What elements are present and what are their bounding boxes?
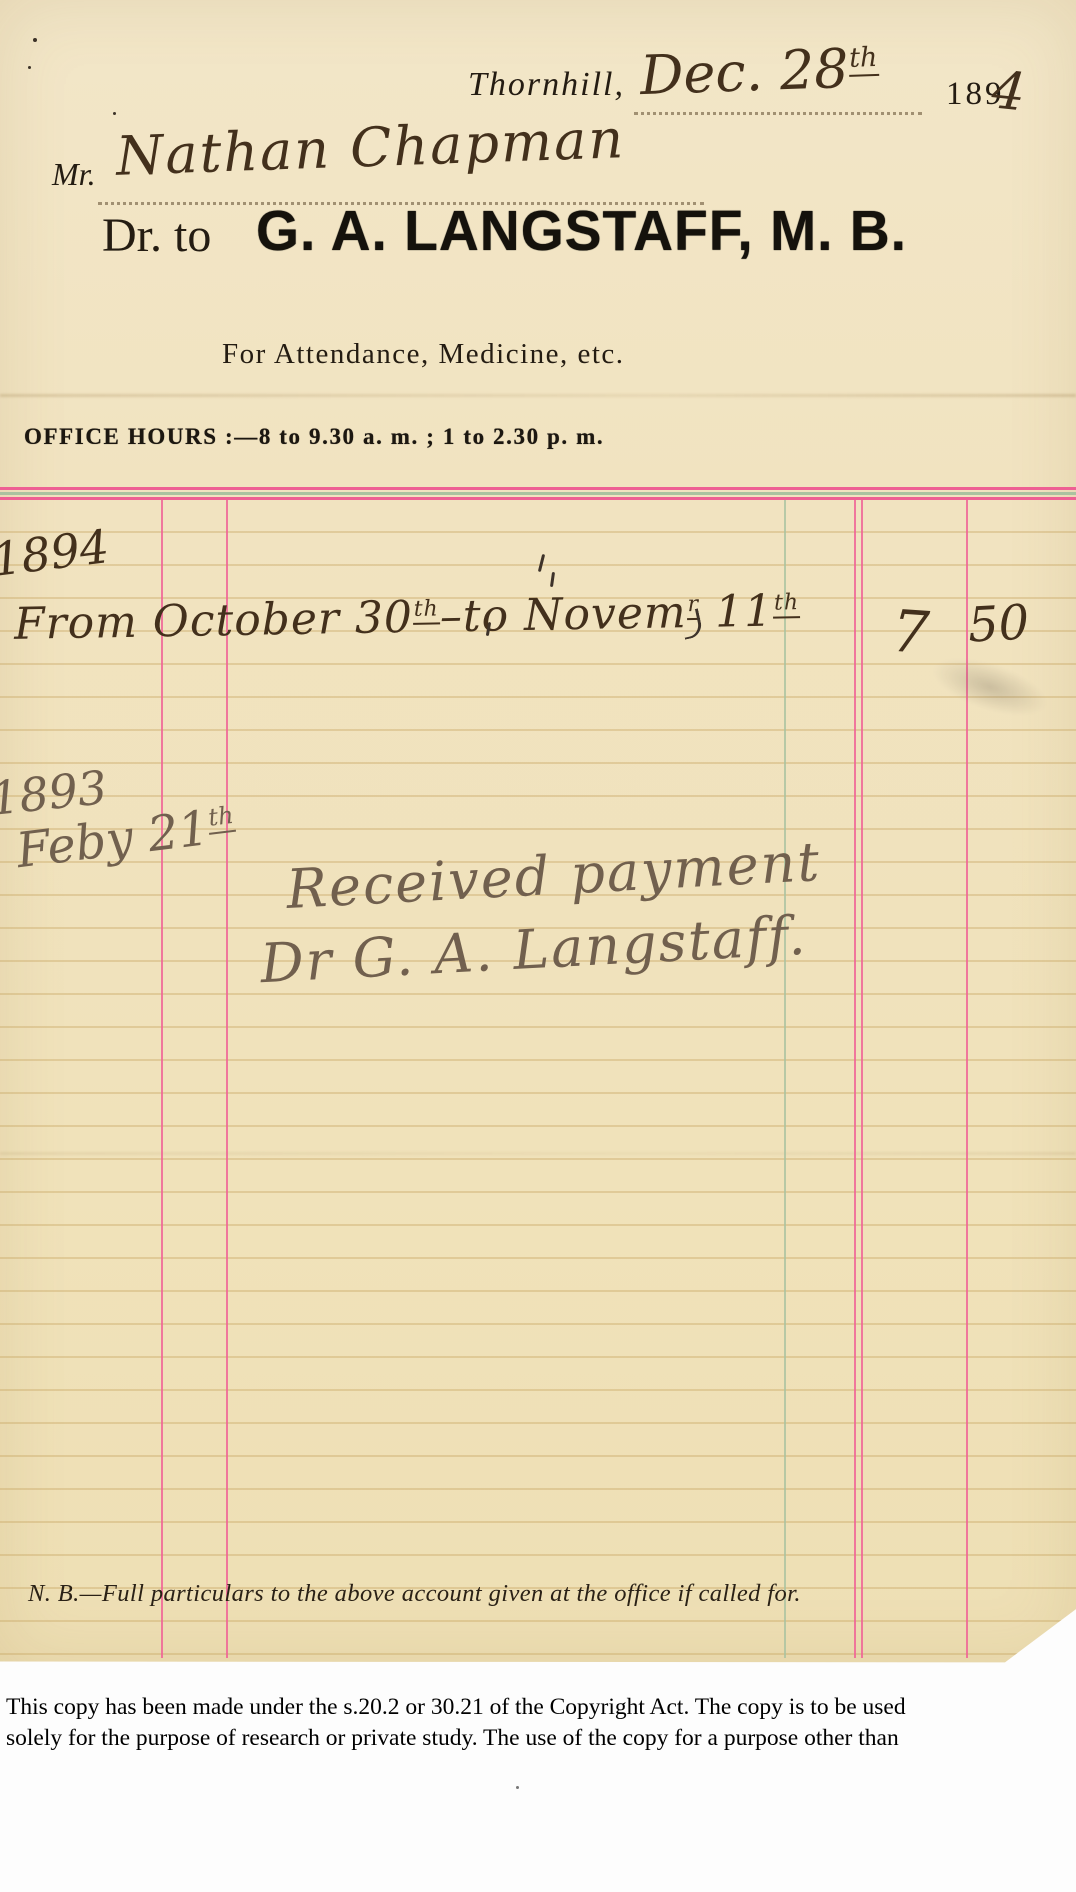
copyright-text-line2: solely for the purpose of research or pr… — [6, 1723, 899, 1754]
physician-name: G. A. LANGSTAFF, M. B. — [256, 198, 907, 264]
handwritten-date: Dec. 28th — [639, 36, 880, 107]
addressee-prefix: Mr. — [52, 156, 96, 193]
handwritten-year-digit: 4 — [989, 60, 1028, 123]
fold-crease — [0, 394, 1076, 397]
amount-cents: 50 — [967, 594, 1031, 653]
date-ordinal: th — [848, 42, 879, 77]
paper-sheet: Thornhill, Dec. 28th 189 4 Mr. Nathan Ch… — [0, 0, 1076, 1664]
service-line: For Attendance, Medicine, etc. — [222, 338, 625, 371]
ledger-vertical-line — [161, 500, 163, 1658]
ledger-vertical-line — [784, 500, 786, 1658]
dust-speck — [516, 1786, 519, 1789]
ink-speck — [33, 38, 37, 42]
ledger-vertical-line — [226, 500, 228, 1658]
ledger-vertical-line — [854, 500, 856, 1658]
handwritten-addressee-name: Nathan Chapman — [115, 107, 626, 188]
place-label: Thornhill, — [468, 66, 625, 104]
office-hours: OFFICE HOURS :—8 to 9.30 a. m. ; 1 to 2.… — [24, 424, 604, 450]
ledger-area — [0, 500, 1076, 1658]
ledger-top-rule — [0, 487, 1076, 500]
ledger-vertical-line — [861, 500, 863, 1658]
debit-label: Dr. to — [102, 208, 211, 263]
copyright-text-line1: This copy has been made under the s.20.2… — [6, 1692, 906, 1723]
ink-speck — [113, 112, 116, 115]
date-dotted-line — [634, 112, 922, 115]
scanned-billhead-document: Thornhill, Dec. 28th 189 4 Mr. Nathan Ch… — [0, 0, 1076, 1892]
nb-note: N. B.—Full particulars to the above acco… — [28, 1580, 801, 1608]
amount-dollars: 7 — [890, 597, 932, 667]
ink-speck — [28, 66, 31, 69]
